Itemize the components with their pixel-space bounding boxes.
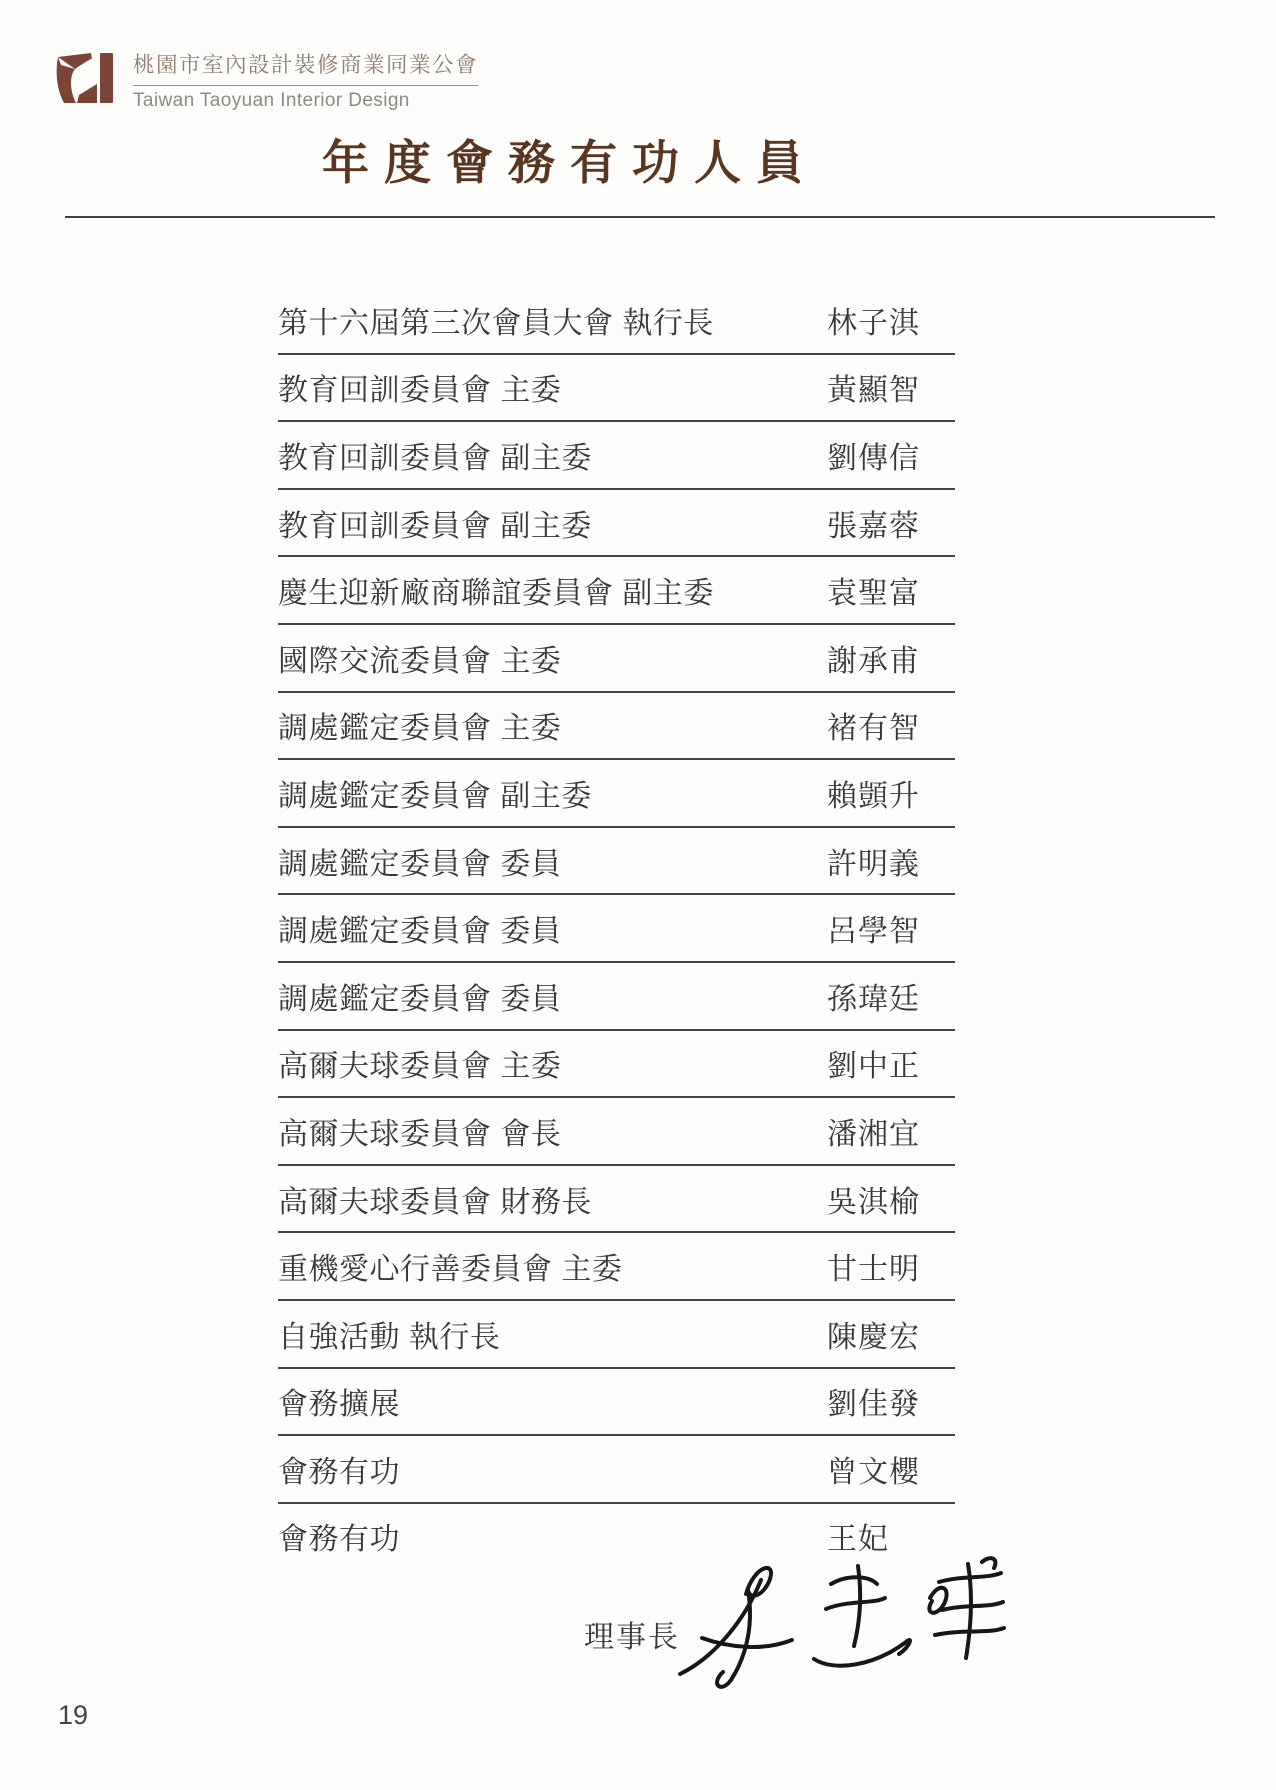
name-cell: 謝承甫 xyxy=(827,636,955,680)
table-row: 重機愛心行善委員會 主委 甘士明 xyxy=(278,1233,955,1301)
name-cell: 黃顯智 xyxy=(827,365,955,409)
name-cell: 潘湘宜 xyxy=(827,1109,955,1153)
table-row: 高爾夫球委員會 會長 潘湘宜 xyxy=(278,1098,955,1166)
position-cell: 會務有功 xyxy=(278,1447,827,1491)
table-row: 慶生迎新廠商聯誼委員會 副主委 袁聖富 xyxy=(278,557,955,625)
org-name-zh: 桃園市室內設計裝修商業同業公會 xyxy=(133,48,478,86)
position-cell: 第十六屆第三次會員大會 執行長 xyxy=(278,298,827,342)
page-number: 19 xyxy=(58,1700,88,1731)
position-cell: 調處鑑定委員會 委員 xyxy=(278,906,827,950)
name-cell: 林子淇 xyxy=(827,298,955,342)
name-cell: 曾文櫻 xyxy=(827,1447,955,1491)
table-row: 調處鑑定委員會 委員 孫瑋廷 xyxy=(278,963,955,1031)
table-row: 調處鑑定委員會 副主委 賴顗升 xyxy=(278,760,955,828)
name-cell: 賴顗升 xyxy=(827,771,955,815)
name-cell: 劉傳信 xyxy=(827,433,955,477)
table-row: 調處鑑定委員會 委員 呂學智 xyxy=(278,895,955,963)
position-cell: 高爾夫球委員會 會長 xyxy=(278,1109,827,1153)
name-cell: 陳慶宏 xyxy=(827,1312,955,1356)
name-cell: 吳淇榆 xyxy=(827,1177,955,1221)
position-cell: 高爾夫球委員會 主委 xyxy=(278,1041,827,1085)
title-underline xyxy=(65,216,1215,218)
table-row: 高爾夫球委員會 主委 劉中正 xyxy=(278,1031,955,1099)
name-cell: 劉中正 xyxy=(827,1041,955,1085)
table-row: 國際交流委員會 主委 謝承甫 xyxy=(278,625,955,693)
position-cell: 調處鑑定委員會 委員 xyxy=(278,974,827,1018)
table-row: 教育回訓委員會 主委 黃顯智 xyxy=(278,355,955,423)
position-cell: 教育回訓委員會 副主委 xyxy=(278,433,827,477)
name-cell: 張嘉蓉 xyxy=(827,501,955,545)
table-row: 教育回訓委員會 副主委 劉傳信 xyxy=(278,422,955,490)
position-cell: 教育回訓委員會 副主委 xyxy=(278,501,827,545)
position-cell: 調處鑑定委員會 委員 xyxy=(278,839,827,883)
name-cell: 許明義 xyxy=(827,839,955,883)
table-row: 教育回訓委員會 副主委 張嘉蓉 xyxy=(278,490,955,558)
name-cell: 劉佳發 xyxy=(827,1379,955,1423)
header: 桃園市室內設計裝修商業同業公會 Taiwan Taoyuan Interior … xyxy=(55,48,478,112)
name-cell: 褚有智 xyxy=(827,703,955,747)
table-row: 調處鑑定委員會 委員 許明義 xyxy=(278,828,955,896)
table-row: 第十六屆第三次會員大會 執行長 林子淇 xyxy=(278,287,955,355)
table-row: 高爾夫球委員會 財務長 吳淇榆 xyxy=(278,1166,955,1234)
page-title: 年度會務有功人員 xyxy=(322,126,818,193)
org-name-en: Taiwan Taoyuan Interior Design xyxy=(133,86,478,112)
org-name-block: 桃園市室內設計裝修商業同業公會 Taiwan Taoyuan Interior … xyxy=(133,48,478,112)
table-row: 會務有功 曾文櫻 xyxy=(278,1436,955,1504)
position-cell: 會務擴展 xyxy=(278,1379,827,1423)
table-row: 自強活動 執行長 陳慶宏 xyxy=(278,1301,955,1369)
table-row: 會務擴展 劉佳發 xyxy=(278,1369,955,1437)
page: 桃園市室內設計裝修商業同業公會 Taiwan Taoyuan Interior … xyxy=(0,0,1276,1790)
position-cell: 調處鑑定委員會 副主委 xyxy=(278,771,827,815)
name-cell: 甘士明 xyxy=(827,1244,955,1288)
name-cell: 袁聖富 xyxy=(827,568,955,612)
position-cell: 教育回訓委員會 主委 xyxy=(278,365,827,409)
position-cell: 國際交流委員會 主委 xyxy=(278,636,827,680)
table-row: 調處鑑定委員會 主委 褚有智 xyxy=(278,693,955,761)
position-cell: 調處鑑定委員會 主委 xyxy=(278,703,827,747)
name-cell: 孫瑋廷 xyxy=(827,974,955,1018)
award-table: 第十六屆第三次會員大會 執行長 林子淇 教育回訓委員會 主委 黃顯智 教育回訓委… xyxy=(278,287,955,1569)
position-cell: 自強活動 執行長 xyxy=(278,1312,827,1356)
name-cell: 呂學智 xyxy=(827,906,955,950)
position-cell: 重機愛心行善委員會 主委 xyxy=(278,1244,827,1288)
position-cell: 高爾夫球委員會 財務長 xyxy=(278,1177,827,1221)
org-logo-icon xyxy=(55,48,119,108)
chairman-label: 理事長 xyxy=(584,1612,680,1656)
position-cell: 慶生迎新廠商聯誼委員會 副主委 xyxy=(278,568,827,612)
chairman-signature-icon xyxy=(668,1552,1008,1732)
